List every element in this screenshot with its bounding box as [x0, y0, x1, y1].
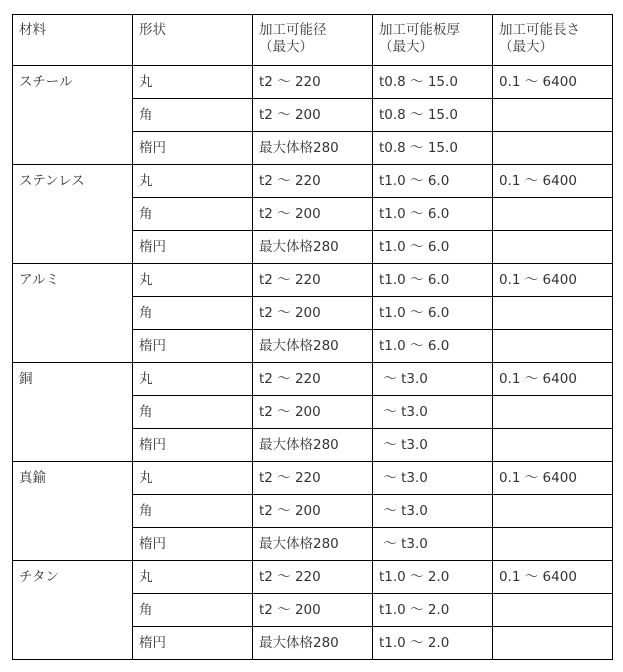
header-diameter: 加工可能径 （最大） — [253, 15, 373, 66]
shape-cell: 角 — [133, 297, 253, 330]
diameter-cell: 最大体格280 — [253, 429, 373, 462]
shape-cell: 角 — [133, 396, 253, 429]
diameter-cell: 最大体格280 — [253, 627, 373, 660]
material-cell: スチール — [13, 66, 133, 165]
header-thickness-sublabel: （最大） — [379, 39, 486, 56]
table-row: スチール丸t2 ～ 220t0.8 ～ 15.00.1 ～ 6400 — [13, 66, 613, 99]
length-cell: 0.1 ～ 6400 — [493, 462, 613, 495]
diameter-cell: t2 ～ 200 — [253, 594, 373, 627]
length-cell: 0.1 ～ 6400 — [493, 264, 613, 297]
diameter-cell: 最大体格280 — [253, 231, 373, 264]
thickness-cell: t1.0 ～ 2.0 — [373, 627, 493, 660]
length-cell — [493, 99, 613, 132]
thickness-cell: t1.0 ～ 6.0 — [373, 165, 493, 198]
shape-cell: 丸 — [133, 66, 253, 99]
length-cell — [493, 330, 613, 363]
diameter-cell: t2 ～ 220 — [253, 165, 373, 198]
table-row: ステンレス丸t2 ～ 220t1.0 ～ 6.00.1 ～ 6400 — [13, 165, 613, 198]
material-cell: 銅 — [13, 363, 133, 462]
thickness-cell: t0.8 ～ 15.0 — [373, 66, 493, 99]
shape-cell: 丸 — [133, 165, 253, 198]
header-thickness-label: 加工可能板厚 — [379, 22, 486, 39]
length-cell — [493, 297, 613, 330]
length-cell: 0.1 ～ 6400 — [493, 66, 613, 99]
diameter-cell: 最大体格280 — [253, 330, 373, 363]
diameter-cell: 最大体格280 — [253, 132, 373, 165]
thickness-cell: t1.0 ～ 6.0 — [373, 198, 493, 231]
thickness-cell: ～ t3.0 — [373, 495, 493, 528]
header-diameter-sublabel: （最大） — [259, 39, 366, 56]
thickness-cell: t1.0 ～ 2.0 — [373, 594, 493, 627]
table-body: スチール丸t2 ～ 220t0.8 ～ 15.00.1 ～ 6400角t2 ～ … — [13, 66, 613, 660]
thickness-cell: t1.0 ～ 2.0 — [373, 561, 493, 594]
header-thickness: 加工可能板厚 （最大） — [373, 15, 493, 66]
shape-cell: 楕円 — [133, 231, 253, 264]
length-cell — [493, 231, 613, 264]
material-cell: 真鍮 — [13, 462, 133, 561]
thickness-cell: ～ t3.0 — [373, 462, 493, 495]
header-row: 材料 形状 加工可能径 （最大） 加工可能板厚 （最大） 加工可能長さ （最大） — [13, 15, 613, 66]
diameter-cell: t2 ～ 220 — [253, 561, 373, 594]
length-cell: 0.1 ～ 6400 — [493, 165, 613, 198]
diameter-cell: t2 ～ 200 — [253, 396, 373, 429]
shape-cell: 楕円 — [133, 132, 253, 165]
material-cell: アルミ — [13, 264, 133, 363]
length-cell — [493, 594, 613, 627]
shape-cell: 角 — [133, 495, 253, 528]
header-shape: 形状 — [133, 15, 253, 66]
shape-cell: 丸 — [133, 363, 253, 396]
thickness-cell: ～ t3.0 — [373, 363, 493, 396]
diameter-cell: t2 ～ 200 — [253, 99, 373, 132]
thickness-cell: t1.0 ～ 6.0 — [373, 297, 493, 330]
diameter-cell: t2 ～ 200 — [253, 297, 373, 330]
header-length-label: 加工可能長さ — [499, 22, 606, 39]
length-cell — [493, 396, 613, 429]
shape-cell: 楕円 — [133, 429, 253, 462]
diameter-cell: t2 ～ 200 — [253, 495, 373, 528]
shape-cell: 楕円 — [133, 528, 253, 561]
diameter-cell: t2 ～ 220 — [253, 66, 373, 99]
length-cell: 0.1 ～ 6400 — [493, 363, 613, 396]
thickness-cell: t0.8 ～ 15.0 — [373, 132, 493, 165]
length-cell — [493, 528, 613, 561]
table-row: 銅丸t2 ～ 220 ～ t3.00.1 ～ 6400 — [13, 363, 613, 396]
thickness-cell: ～ t3.0 — [373, 396, 493, 429]
header-diameter-label: 加工可能径 — [259, 22, 366, 39]
header-length-sublabel: （最大） — [499, 39, 606, 56]
header-material: 材料 — [13, 15, 133, 66]
material-cell: ステンレス — [13, 165, 133, 264]
material-cell: チタン — [13, 561, 133, 660]
thickness-cell: t1.0 ～ 6.0 — [373, 330, 493, 363]
shape-cell: 丸 — [133, 561, 253, 594]
table-row: 真鍮丸t2 ～ 220 ～ t3.00.1 ～ 6400 — [13, 462, 613, 495]
diameter-cell: 最大体格280 — [253, 528, 373, 561]
thickness-cell: ～ t3.0 — [373, 429, 493, 462]
length-cell — [493, 495, 613, 528]
length-cell: 0.1 ～ 6400 — [493, 561, 613, 594]
shape-cell: 楕円 — [133, 627, 253, 660]
diameter-cell: t2 ～ 220 — [253, 462, 373, 495]
thickness-cell: ～ t3.0 — [373, 528, 493, 561]
header-material-label: 材料 — [19, 22, 126, 39]
shape-cell: 丸 — [133, 462, 253, 495]
processing-spec-table: 材料 形状 加工可能径 （最大） 加工可能板厚 （最大） 加工可能長さ （最大）… — [12, 14, 613, 660]
header-shape-label: 形状 — [139, 22, 246, 39]
thickness-cell: t0.8 ～ 15.0 — [373, 99, 493, 132]
length-cell — [493, 429, 613, 462]
table-row: アルミ丸t2 ～ 220t1.0 ～ 6.00.1 ～ 6400 — [13, 264, 613, 297]
thickness-cell: t1.0 ～ 6.0 — [373, 231, 493, 264]
length-cell — [493, 198, 613, 231]
shape-cell: 角 — [133, 99, 253, 132]
length-cell — [493, 627, 613, 660]
length-cell — [493, 132, 613, 165]
diameter-cell: t2 ～ 200 — [253, 198, 373, 231]
thickness-cell: t1.0 ～ 6.0 — [373, 264, 493, 297]
header-length: 加工可能長さ （最大） — [493, 15, 613, 66]
shape-cell: 角 — [133, 198, 253, 231]
shape-cell: 丸 — [133, 264, 253, 297]
shape-cell: 楕円 — [133, 330, 253, 363]
table-row: チタン丸t2 ～ 220t1.0 ～ 2.00.1 ～ 6400 — [13, 561, 613, 594]
diameter-cell: t2 ～ 220 — [253, 363, 373, 396]
diameter-cell: t2 ～ 220 — [253, 264, 373, 297]
shape-cell: 角 — [133, 594, 253, 627]
